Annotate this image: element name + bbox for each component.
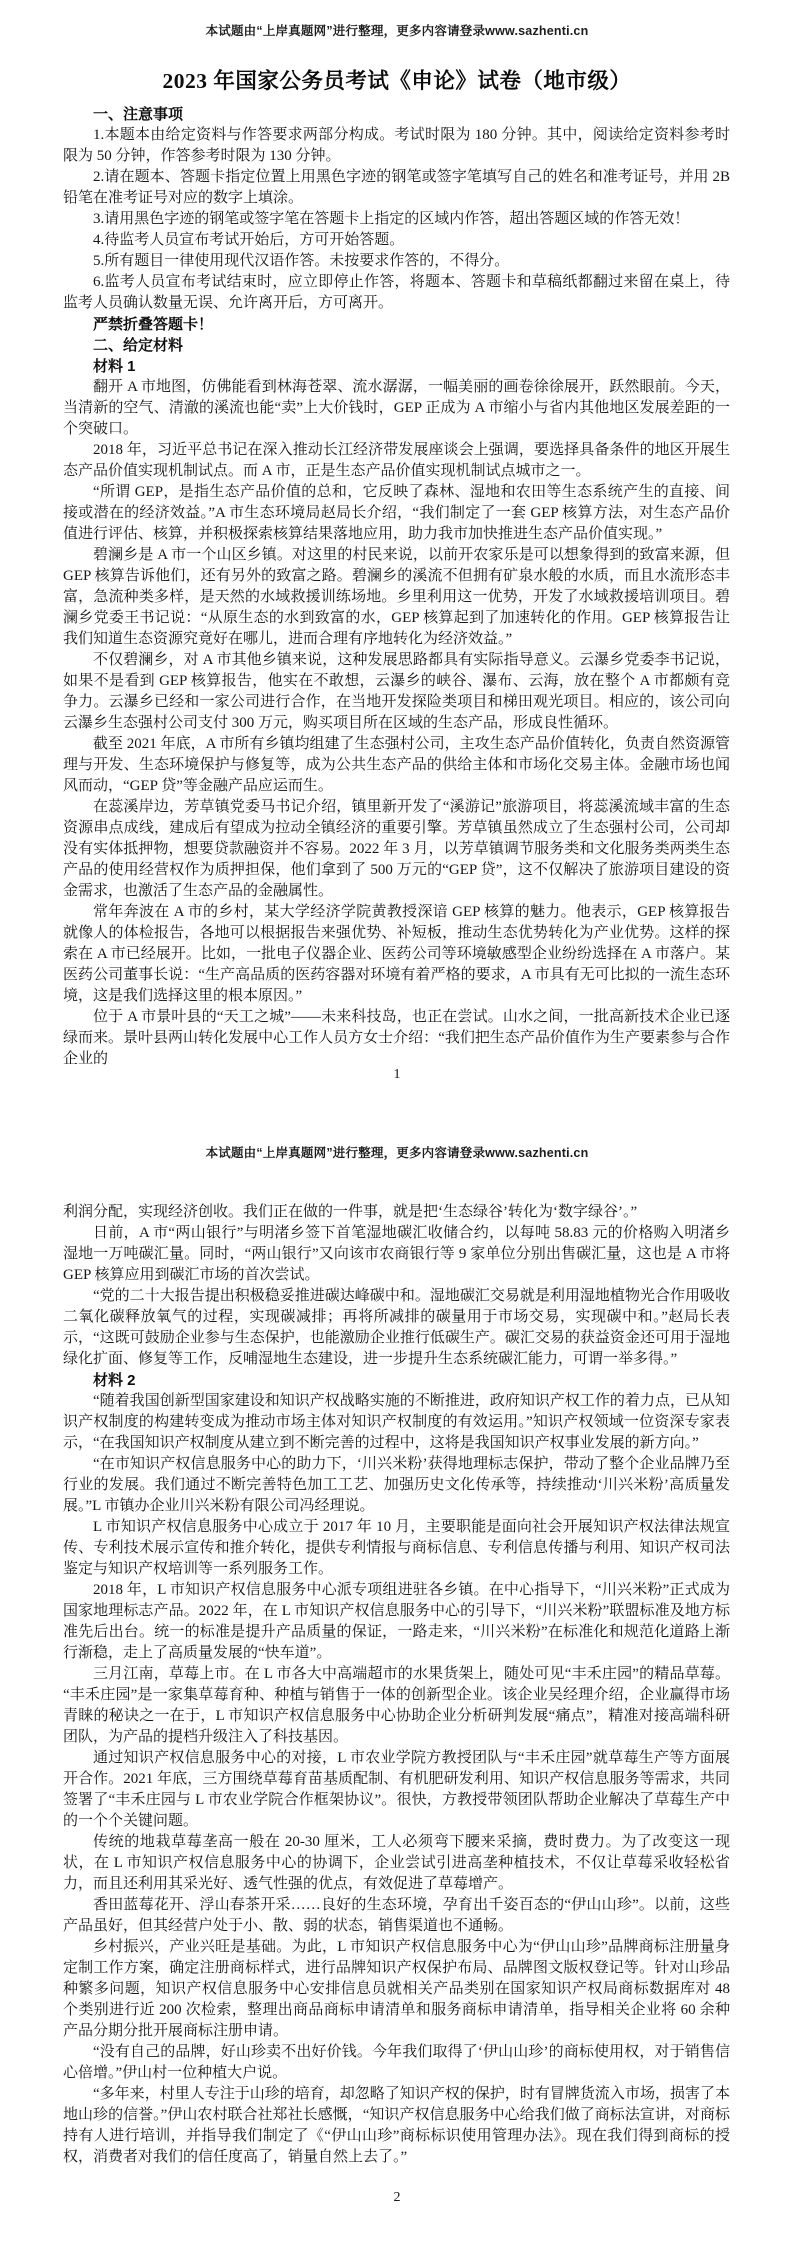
material-1-continuation-paragraph: 利润分配，实现经济创收。我们正在做的一件事，就是把‘生态绿谷’转化为‘数字绿谷’… <box>63 1202 730 1223</box>
material-1-paragraph: 2018 年，习近平总书记在深入推动长江经济带发展座谈会上强调，要选择具备条件的… <box>63 440 730 482</box>
material-1-paragraph: 日前，A 市“两山银行”与明渚乡签下首笔湿地碳汇收储合约，以每吨 58.83 元… <box>63 1223 730 1286</box>
no-fold-warning: 严禁折叠答题卡！ <box>63 314 730 335</box>
material-2-paragraph: “没有自己的品牌，好山珍卖不出好价钱。今年我们取得了‘伊山山珍’的商标使用权，对… <box>63 2042 730 2084</box>
material-2-paragraph: “在市知识产权信息服务中心的助力下，‘川兴米粉’获得地理标志保护，带动了整个企业… <box>63 1454 730 1517</box>
notice-item-6: 6.监考人员宣布考试结束时，应立即停止作答，将题本、答题卡和草稿纸都翻过来留在桌… <box>63 272 730 314</box>
material-1-paragraph: “所谓 GEP，是指生态产品价值的总和，它反映了森林、湿地和农田等生态系统产生的… <box>63 482 730 545</box>
material-2-paragraph: 乡村振兴，产业兴旺是基础。为此，L 市知识产权信息服务中心为“伊山山珍”品牌商标… <box>63 1937 730 2042</box>
material-2-paragraph: 2018 年，L 市知识产权信息服务中心派专项组进驻各乡镇。在中心指导下，“川兴… <box>63 1580 730 1664</box>
document-title: 2023 年国家公务员考试《申论》试卷（地市级） <box>0 66 794 96</box>
material-1-paragraph: 常年奔波在 A 市的乡村，某大学经济学院黄教授深谙 GEP 核算的魅力。他表示，… <box>63 902 730 1007</box>
material-1-paragraph: 翻开 A 市地图，仿佛能看到林海苍翠、流水潺潺，一幅美丽的画卷徐徐展开，跃然眼前… <box>63 377 730 440</box>
exam-paper-page-2: 本试题由“上岸真题网”进行整理，更多内容请登录www.sazhenti.cn 利… <box>0 1131 794 2244</box>
notice-item-4: 4.待监考人员宣布考试开始后，方可开始答题。 <box>63 230 730 251</box>
material-1-paragraph: 在蕊溪岸边，芳草镇党委马书记介绍，镇里新开发了“溪游记”旅游项目，将蕊溪流域丰富… <box>63 797 730 902</box>
material-2-paragraph: “随着我国创新型国家建设和知识产权战略实施的不断推进，政府知识产权工作的着力点，… <box>63 1391 730 1454</box>
material-1-paragraph: “党的二十大报告提出积极稳妥推进碳达峰碳中和。湿地碳汇交易就是利用湿地植物光合作… <box>63 1286 730 1370</box>
site-watermark-header: 本试题由“上岸真题网”进行整理，更多内容请登录www.sazhenti.cn <box>0 0 794 39</box>
page-1-content: 一、注意事项 1.本题本由给定资料与作答要求两部分构成。考试时限为 180 分钟… <box>63 104 730 1070</box>
materials-section-heading: 二、给定材料 <box>63 335 730 356</box>
notice-item-3: 3.请用黑色字迹的钢笔或签字笔在答题卡上指定的区域内作答，超出答题区域的作答无效… <box>63 209 730 230</box>
material-1-paragraph: 不仅碧澜乡，对 A 市其他乡镇来说，这种发展思路都具有实际指导意义。云瀑乡党委李… <box>63 650 730 734</box>
material-1-paragraph: 截至 2021 年底，A 市所有乡镇均组建了生态强村公司，主攻生态产品价值转化，… <box>63 734 730 797</box>
material-2-paragraph: 传统的地栽草莓垄高一般在 20-30 厘米，工人必须弯下腰来采摘，费时费力。为了… <box>63 1832 730 1895</box>
notice-item-5: 5.所有题目一律使用现代汉语作答。未按要求作答的，不得分。 <box>63 251 730 272</box>
page-number: 1 <box>0 1066 794 1084</box>
notice-section-heading: 一、注意事项 <box>63 104 730 125</box>
material-2-paragraph: 三月江南，草莓上市。在 L 市各大中高端超市的水果货架上，随处可见“丰禾庄园”的… <box>63 1664 730 1748</box>
page-2-content: 利润分配，实现经济创收。我们正在做的一件事，就是把‘生态绿谷’转化为‘数字绿谷’… <box>63 1202 730 2168</box>
material-2-paragraph: L 市知识产权信息服务中心成立于 2017 年 10 月，主要职能是面向社会开展… <box>63 1517 730 1580</box>
material-2-paragraph: 通过知识产权信息服务中心的对接，L 市农业学院方教授团队与“丰禾庄园”就草莓生产… <box>63 1748 730 1832</box>
material-2-heading: 材料 2 <box>63 1370 730 1391</box>
exam-paper-page-1: 本试题由“上岸真题网”进行整理，更多内容请登录www.sazhenti.cn 2… <box>0 0 794 1131</box>
page-number: 2 <box>0 2189 794 2207</box>
notice-item-2: 2.请在题本、答题卡指定位置上用黑色字迹的钢笔或签字笔填写自己的姓名和准考证号，… <box>63 167 730 209</box>
material-2-paragraph: “多年来，村里人专注于山珍的培育，却忽略了知识产权的保护，时有冒牌货流入市场，损… <box>63 2084 730 2168</box>
notice-item-1: 1.本题本由给定资料与作答要求两部分构成。考试时限为 180 分钟。其中，阅读给… <box>63 125 730 167</box>
material-1-paragraph: 碧澜乡是 A 市一个山区乡镇。对这里的村民来说，以前开农家乐是可以想象得到的致富… <box>63 545 730 650</box>
material-2-paragraph: 香田蓝莓花开、浮山春茶开采……良好的生态环境，孕育出千姿百态的“伊山山珍”。以前… <box>63 1895 730 1937</box>
material-1-heading: 材料 1 <box>63 356 730 377</box>
site-watermark-header: 本试题由“上岸真题网”进行整理，更多内容请登录www.sazhenti.cn <box>0 1131 794 1161</box>
material-1-paragraph: 位于 A 市景叶县的“天工之城”——未来科技岛，也正在尝试。山水之间，一批高新技… <box>63 1007 730 1070</box>
